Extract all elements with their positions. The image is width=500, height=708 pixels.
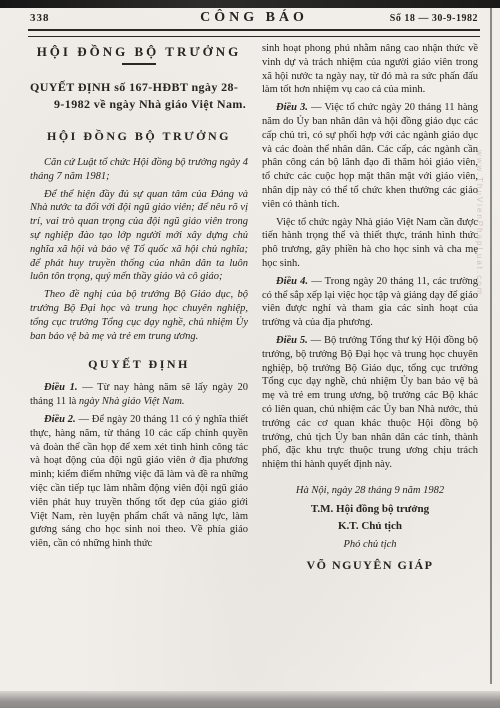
org-heading: HỘI ĐỒNG BỘ TRƯỞNG [30, 44, 248, 60]
signature-on-behalf: T.M. Hội đồng bộ trưởng [262, 503, 478, 515]
article-5-paragraph: Điều 5. — Bộ trưởng Tổng thư ký Hội đồng… [262, 334, 478, 472]
article-3b-paragraph: Việc tổ chức ngày Nhà giáo Việt Nam cần … [262, 216, 478, 271]
left-column: HỘI ĐỒNG BỘ TRƯỞNG QUYẾT ĐỊNH số 167-HĐB… [30, 40, 248, 690]
article-5-label: Điều 5. [276, 335, 308, 346]
continuation-paragraph: sinh hoạt phong phú nhằm nâng cao nhận t… [262, 42, 478, 97]
signature-acting-title: K.T. Chủ tịch [262, 520, 478, 532]
scan-edge-top [0, 0, 500, 8]
article-5-text: — Bộ trưởng Tổng thư ký Hội đồng bộ trưở… [262, 335, 478, 470]
preamble-paragraph: Theo đề nghị của bộ trưởng Bộ Giáo dục, … [30, 288, 248, 343]
article-2-paragraph: Điều 2. — Để ngày 20 tháng 11 có ý nghĩa… [30, 413, 248, 551]
decision-heading: QUYẾT ĐỊNH [30, 357, 248, 372]
header-double-rule [28, 29, 480, 37]
preamble-paragraph: Căn cứ Luật tổ chức Hội đồng bộ trưởng n… [30, 156, 248, 184]
article-3-text: — Việc tổ chức ngày 20 tháng 11 hàng năm… [262, 102, 478, 210]
two-column-body: HỘI ĐỒNG BỘ TRƯỞNG QUYẾT ĐỊNH số 167-HĐB… [30, 40, 478, 690]
article-2-label: Điều 2. [44, 414, 76, 425]
signature-deputy-title: Phó chủ tịch [262, 539, 478, 550]
article-1-paragraph: Điều 1. — Từ nay hàng năm sẽ lấy ngày 20… [30, 381, 248, 409]
issuer-heading: HỘI ĐỒNG BỘ TRƯỞNG [30, 129, 248, 144]
article-1-label: Điều 1. [44, 382, 78, 393]
right-column: sinh hoạt phong phú nhằm nâng cao nhận t… [262, 40, 478, 690]
article-3-paragraph: Điều 3. — Việc tổ chức ngày 20 tháng 11 … [262, 101, 478, 211]
signature-place-date: Hà Nội, ngày 28 tháng 9 năm 1982 [262, 485, 478, 496]
page-header: 338 CÔNG BÁO Số 18 — 30-9-1982 [28, 10, 480, 28]
article-4-paragraph: Điều 4. — Trong ngày 20 tháng 11, các tr… [262, 275, 478, 330]
scan-edge-right [490, 8, 492, 684]
signature-block: Hà Nội, ngày 28 tháng 9 năm 1982 T.M. Hộ… [262, 485, 478, 573]
preamble-paragraph: Để thể hiện đầy đủ sự quan tâm của Đảng … [30, 188, 248, 285]
decision-title: QUYẾT ĐỊNH số 167-HĐBT ngày 28-9-1982 về… [30, 79, 248, 113]
article-1-emphasis: ngày Nhà giáo Việt Nam. [79, 396, 185, 407]
signer-name: VÕ NGUYÊN GIÁP [262, 558, 478, 573]
issue-number: Số 18 — 30-9-1982 [390, 13, 478, 24]
scan-edge-bottom [0, 691, 500, 708]
article-3-label: Điều 3. [276, 102, 308, 113]
org-heading-rule [122, 63, 156, 65]
article-2-text: — Để ngày 20 tháng 11 có ý nghĩa thiết t… [30, 414, 248, 549]
article-4-label: Điều 4. [276, 276, 308, 287]
gazette-page: www.ThuVienPhapLuat.com 338 CÔNG BÁO Số … [0, 0, 500, 708]
